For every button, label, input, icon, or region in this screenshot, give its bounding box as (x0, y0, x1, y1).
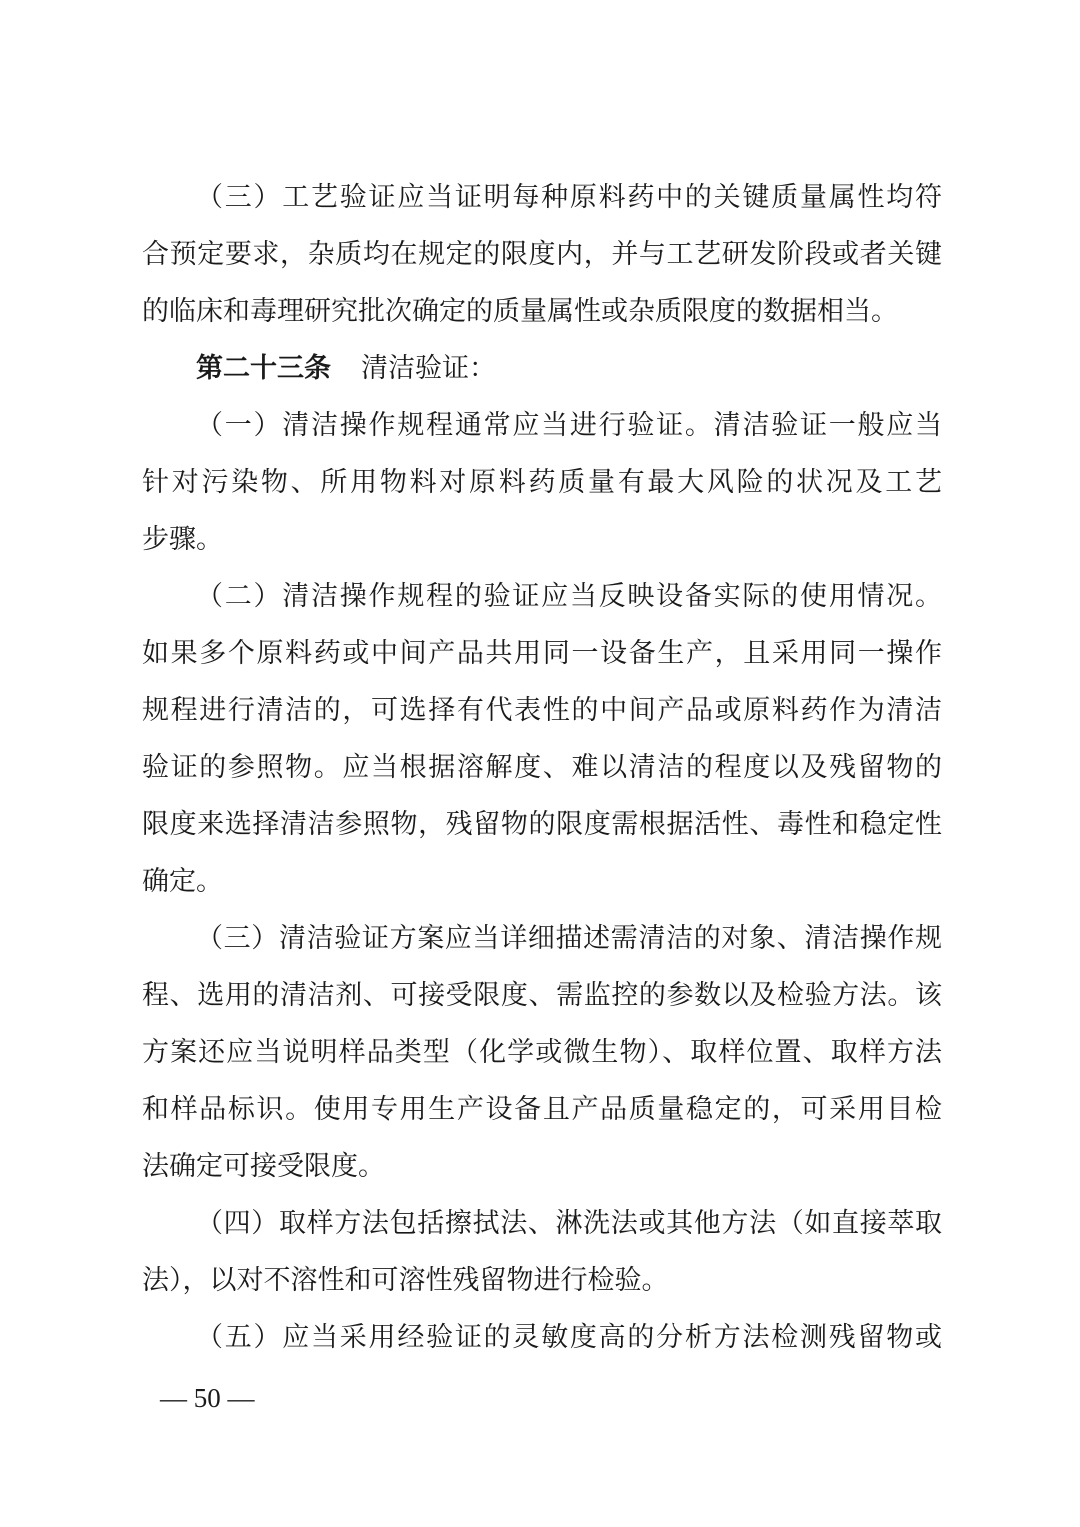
article-heading: 第二十三条清洁验证： (196, 349, 942, 389)
text-line: 确定。 (142, 862, 942, 902)
text-line: 合预定要求，杂质均在规定的限度内，并与工艺研发阶段或者关键 (142, 235, 942, 275)
text-line: 程、选用的清洁剂、可接受限度、需监控的参数以及检验方法。该 (142, 976, 942, 1016)
article-number: 第二十三条 (196, 353, 331, 384)
text-line: （三）清洁验证方案应当详细描述需清洁的对象、清洁操作规 (196, 919, 942, 959)
text-line: 法确定可接受限度。 (142, 1147, 942, 1187)
page-number: — 50 — (160, 1378, 255, 1418)
text-line: （一）清洁操作规程通常应当进行验证。清洁验证一般应当 (196, 406, 942, 446)
text-line: 的临床和毒理研究批次确定的质量属性或杂质限度的数据相当。 (142, 292, 942, 332)
text-line: （五）应当采用经验证的灵敏度高的分析方法检测残留物或 (196, 1318, 942, 1358)
text-line: 法），以对不溶性和可溶性残留物进行检验。 (142, 1261, 942, 1301)
text-line: 针对污染物、所用物料对原料药质量有最大风险的状况及工艺 (142, 463, 942, 503)
text-line: 方案还应当说明样品类型（化学或微生物）、取样位置、取样方法 (142, 1033, 942, 1073)
text-line: （二）清洁操作规程的验证应当反映设备实际的使用情况。 (196, 577, 942, 617)
text-line: 规程进行清洁的，可选择有代表性的中间产品或原料药作为清洁 (142, 691, 942, 731)
article-title: 清洁验证： (361, 353, 496, 384)
text-line: 步骤。 (142, 520, 942, 560)
text-line: 限度来选择清洁参照物，残留物的限度需根据活性、毒性和稳定性 (142, 805, 942, 845)
document-page: （三）工艺验证应当证明每种原料药中的关键质量属性均符 合预定要求，杂质均在规定的… (0, 0, 1080, 1527)
text-line: 和样品标识。使用专用生产设备且产品质量稳定的，可采用目检 (142, 1090, 942, 1130)
text-line: （四）取样方法包括擦拭法、淋洗法或其他方法（如直接萃取 (196, 1204, 942, 1244)
text-line: 验证的参照物。应当根据溶解度、难以清洁的程度以及残留物的 (142, 748, 942, 788)
text-line: （三）工艺验证应当证明每种原料药中的关键质量属性均符 (196, 178, 942, 218)
text-line: 如果多个原料药或中间产品共用同一设备生产，且采用同一操作 (142, 634, 942, 674)
